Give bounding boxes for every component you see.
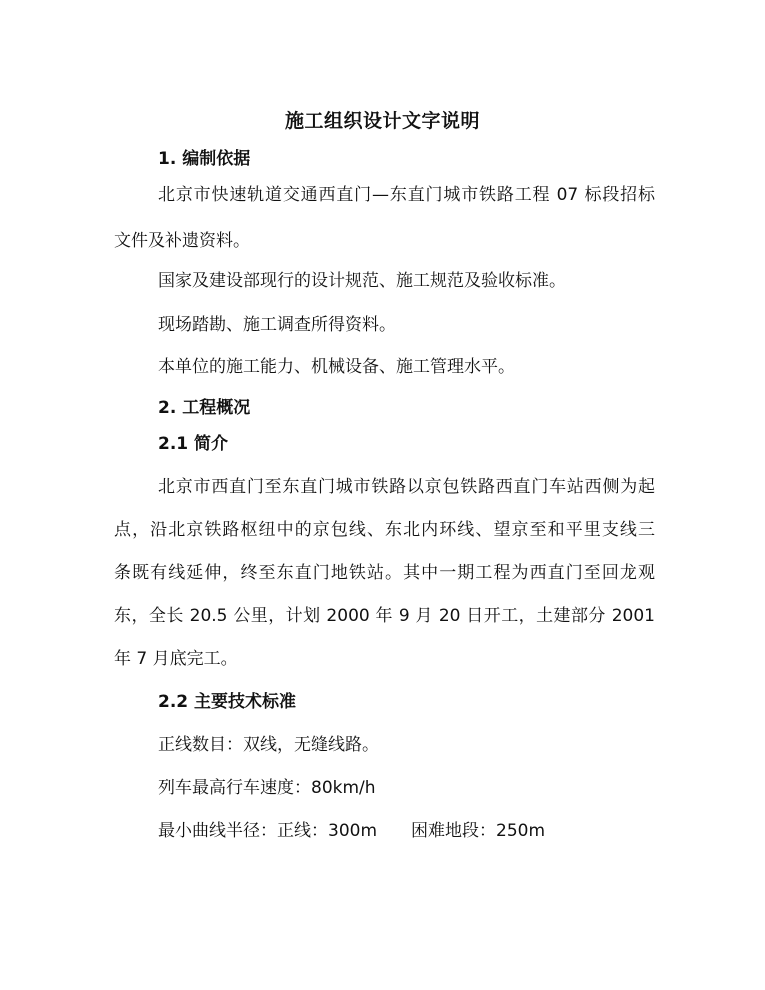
standard-item: 列车最高行车速度：80km/h <box>158 777 376 799</box>
subsection-heading-2-1: 2.1 简介 <box>158 433 228 455</box>
paragraph-line: 本单位的施工能力、机械设备、施工管理水平。 <box>158 356 515 378</box>
standard-item: 正线数目：双线，无缝线路。 <box>158 734 379 756</box>
paragraph-line: 年 7 月底完工。 <box>114 648 238 670</box>
document-title: 施工组织设计文字说明 <box>0 106 765 133</box>
paragraph-line: 文件及补遗资料。 <box>114 230 250 252</box>
section-heading-2: 2. 工程概况 <box>158 397 250 419</box>
paragraph-line: 现场踏勘、施工调查所得资料。 <box>158 314 396 336</box>
paragraph-line: 点，沿北京铁路枢纽中的京包线、东北内环线、望京至和平里支线三 <box>114 519 655 541</box>
min-curve-radius-difficult: 困难地段：250m <box>411 821 545 841</box>
document-page: 施工组织设计文字说明 1. 编制依据 北京市快速轨道交通西直门—东直门城市铁路工… <box>0 0 765 990</box>
paragraph-line: 条既有线延伸，终至东直门地铁站。其中一期工程为西直门至回龙观 <box>114 562 655 584</box>
standard-item: 最小曲线半径：正线：300m困难地段：250m <box>158 820 545 842</box>
paragraph-line: 北京市西直门至东直门城市铁路以京包铁路西直门车站西侧为起 <box>158 476 655 498</box>
min-curve-radius-mainline: 最小曲线半径：正线：300m <box>158 821 377 841</box>
paragraph-line: 国家及建设部现行的设计规范、施工规范及验收标准。 <box>158 270 566 292</box>
paragraph-line: 东，全长 20.5 公里，计划 2000 年 9 月 20 日开工，土建部分 2… <box>114 605 655 627</box>
paragraph-line: 北京市快速轨道交通西直门—东直门城市铁路工程 07 标段招标 <box>158 184 655 206</box>
subsection-heading-2-2: 2.2 主要技术标准 <box>158 691 296 713</box>
section-heading-1: 1. 编制依据 <box>158 148 250 170</box>
